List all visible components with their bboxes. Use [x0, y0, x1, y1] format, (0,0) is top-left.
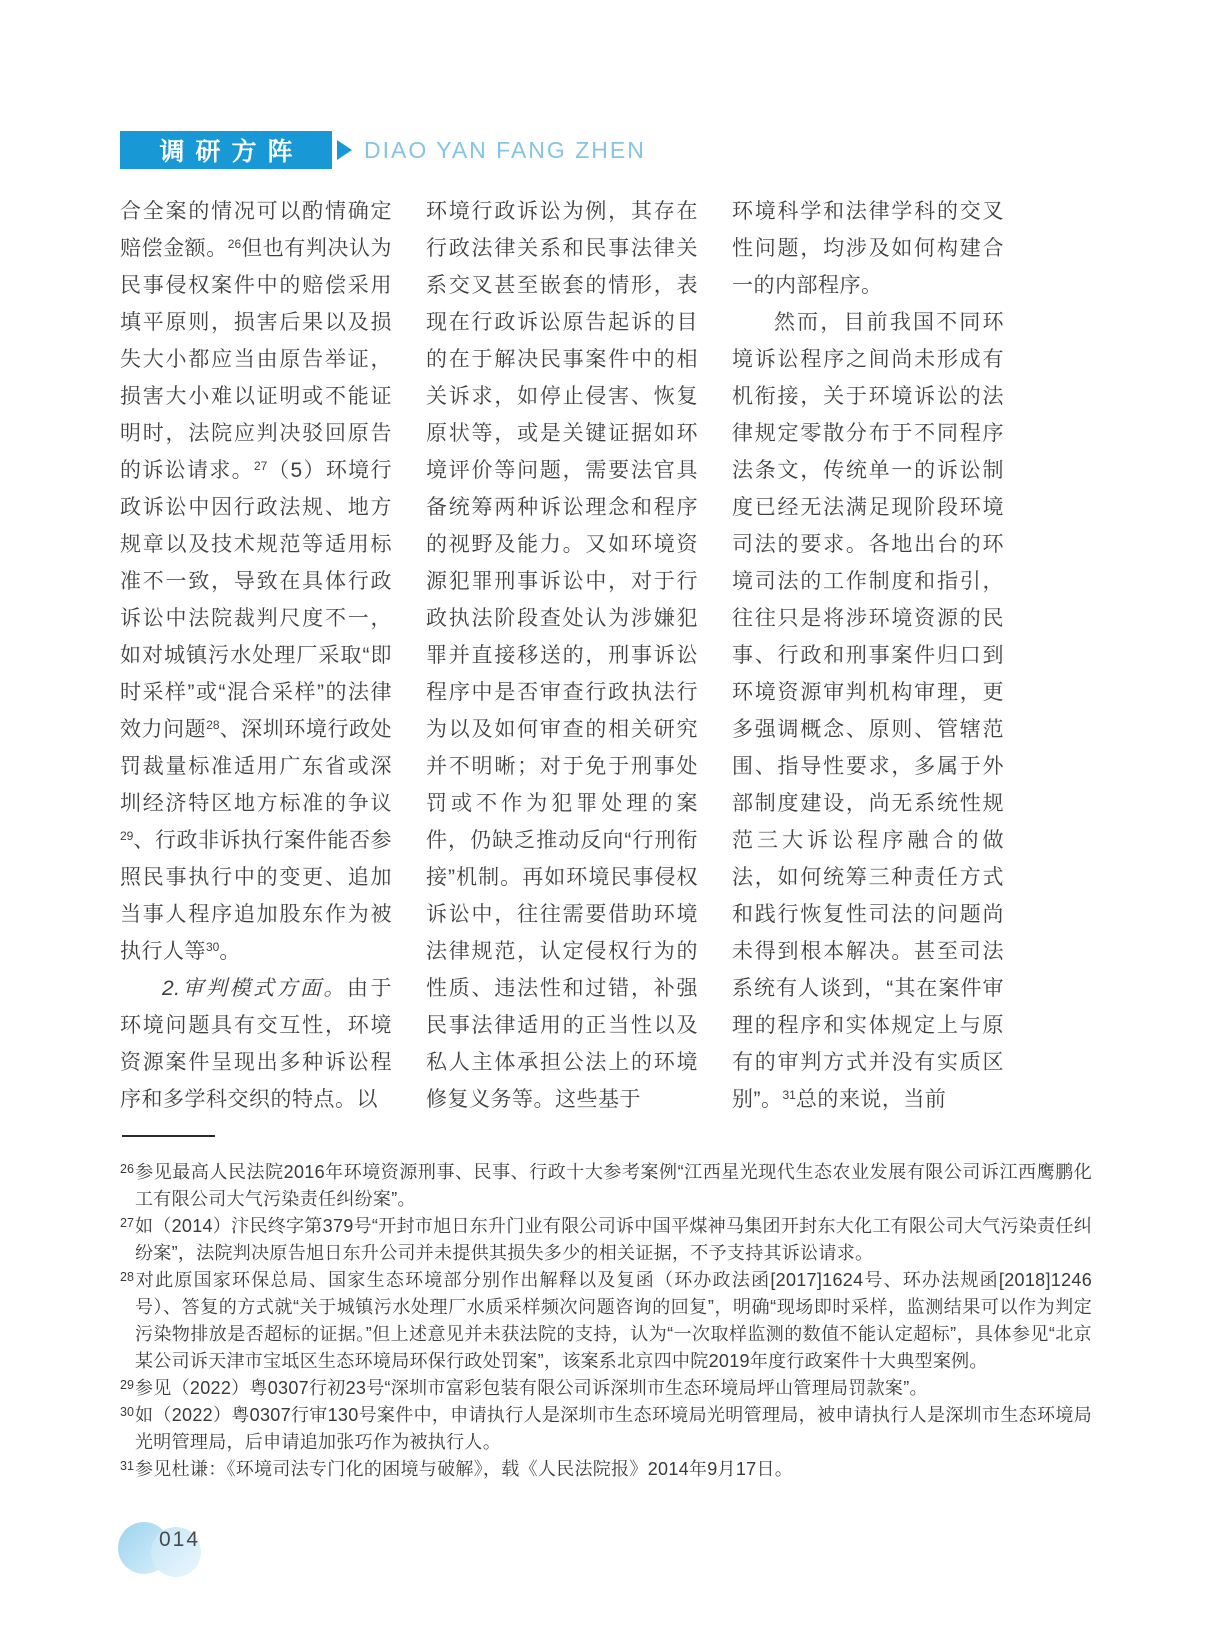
paragraph: 环境行政诉讼为例，其存在行政法律关系和民事法律关系交叉甚至嵌套的情形，表现在行政… [426, 193, 698, 1118]
run-text: 环境科学和法律学科的交叉性问题，均涉及如何构建合一的内部程序。 [732, 200, 1004, 297]
footnote-text: 参见最高人民法院2016年环境资源刑事、民事、行政十大参考案例“江西星光现代生态… [135, 1162, 1092, 1209]
paragraph: 合全案的情况可以酌情确定赔偿金额。26但也有判决认为民事侵权案件中的赔偿采用填平… [120, 193, 392, 970]
footnote-item: 30如（2022）粤0307行审130号案件中，申请执行人是深圳市生态环境局光明… [120, 1402, 1092, 1456]
text-column-3: 环境科学和法律学科的交叉性问题，均涉及如何构建合一的内部程序。然而，目前我国不同… [732, 193, 1004, 1118]
section-header: 调研方阵 DIAO YAN FANG ZHEN [120, 131, 646, 169]
footnote-ref: 27 [254, 459, 267, 473]
page-number-badge: 014 [118, 1520, 218, 1580]
footnote-item: 29参见（2022）粤0307行初23号“深圳市富彩包装有限公司诉深圳市生态环境… [120, 1375, 1092, 1402]
run-text: 总的来说，当前 [796, 1088, 947, 1111]
footnote-ref: 29 [120, 829, 133, 843]
footnote-ref: 31 [783, 1088, 796, 1102]
footnote-item: 31参见杜谦：《环境司法专门化的困境与破解》，载《人民法院报》2014年9月17… [120, 1456, 1092, 1483]
run-text: （5）环境行政诉讼中因行政法规、地方规章以及技术规范等适用标准不一致，导致在具体… [120, 459, 392, 741]
footnotes-list: 26参见最高人民法院2016年环境资源刑事、民事、行政十大参考案例“江西星光现代… [120, 1159, 1092, 1483]
journal-page: 调研方阵 DIAO YAN FANG ZHEN 合全案的情况可以酌情确定赔偿金额… [0, 0, 1207, 1649]
text-column-1: 合全案的情况可以酌情确定赔偿金额。26但也有判决认为民事侵权案件中的赔偿采用填平… [120, 193, 392, 1118]
run-text: 但也有判决认为民事侵权案件中的赔偿采用填平原则，损害后果以及损失大小都应当由原告… [120, 237, 392, 482]
run-text: 。 [219, 940, 241, 963]
footnote-ref: 30 [206, 940, 219, 954]
paragraph: 然而，目前我国不同环境诉讼程序之间尚未形成有机衔接，关于环境诉讼的法律规定零散分… [732, 304, 1004, 1118]
footnote-ref: 26 [228, 237, 241, 251]
footnote-item: 28对此原国家环保总局、国家生态环境部分别作出解释以及复函（环办政法函[2017… [120, 1267, 1092, 1375]
run-emphasis: 2.审判模式方面。 [162, 977, 347, 1000]
footnote-ref: 28 [206, 718, 219, 732]
footnote-text: 如（2014）汴民终字第379号“开封市旭日东升门业有限公司诉中国平煤神马集团开… [135, 1216, 1092, 1263]
footnote-separator [122, 1135, 215, 1137]
footnote-item: 26参见最高人民法院2016年环境资源刑事、民事、行政十大参考案例“江西星光现代… [120, 1159, 1092, 1213]
run-text: 环境行政诉讼为例，其存在行政法律关系和民事法律关系交叉甚至嵌套的情形，表现在行政… [426, 200, 698, 1111]
text-column-2: 环境行政诉讼为例，其存在行政法律关系和民事法律关系交叉甚至嵌套的情形，表现在行政… [426, 193, 698, 1118]
section-pinyin: DIAO YAN FANG ZHEN [364, 137, 646, 164]
paragraph: 2.审判模式方面。由于环境问题具有交互性，环境资源案件呈现出多种诉讼程序和多学科… [120, 970, 392, 1118]
section-badge-label: 调研方阵 [159, 132, 303, 168]
arrow-right-icon [337, 140, 352, 160]
run-text: 然而，目前我国不同环境诉讼程序之间尚未形成有机衔接，关于环境诉讼的法律规定零散分… [732, 311, 1004, 1111]
page-number: 014 [159, 1528, 200, 1552]
footnote-text: 如（2022）粤0307行审130号案件中，申请执行人是深圳市生态环境局光明管理… [135, 1405, 1092, 1452]
run-text: 、行政非诉执行案件能否参照民事执行中的变更、追加当事人程序追加股东作为被执行人等 [120, 829, 392, 963]
paragraph: 环境科学和法律学科的交叉性问题，均涉及如何构建合一的内部程序。 [732, 193, 1004, 304]
footnote-text: 对此原国家环保总局、国家生态环境部分别作出解释以及复函（环办政法函[2017]1… [135, 1270, 1092, 1371]
section-badge: 调研方阵 [120, 131, 332, 169]
footnote-text: 参见杜谦：《环境司法专门化的困境与破解》，载《人民法院报》2014年9月17日。 [135, 1459, 793, 1479]
footnote-text: 参见（2022）粤0307行初23号“深圳市富彩包装有限公司诉深圳市生态环境局坪… [135, 1378, 928, 1398]
footnote-item: 27如（2014）汴民终字第379号“开封市旭日东升门业有限公司诉中国平煤神马集… [120, 1213, 1092, 1267]
article-body: 合全案的情况可以酌情确定赔偿金额。26但也有判决认为民事侵权案件中的赔偿采用填平… [120, 193, 1004, 1118]
